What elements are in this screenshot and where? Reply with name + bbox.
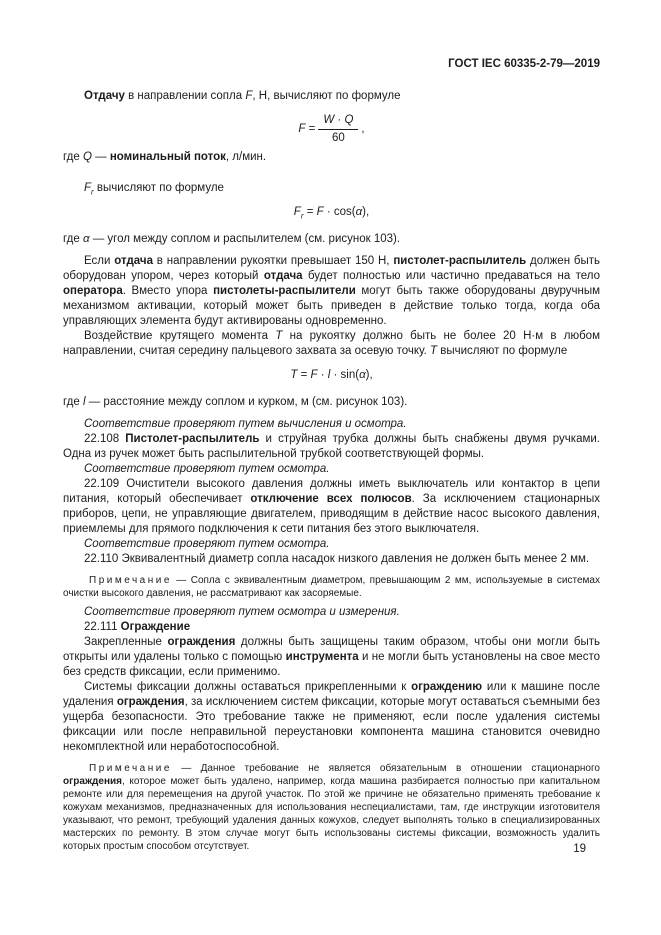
paragraph: Воздействие крутящего момента T на рукоя… [63,329,600,359]
text-run: Пистолет-распылитель [125,433,259,445]
text-run: — [92,151,110,163]
text-run: в направлении рукоятки превышает 150 Н, [153,255,393,267]
paragraph: Системы фиксации должны оставаться прикр… [63,680,600,755]
note-label: Примечание [89,763,172,774]
paragraph: 22.109 Очистители высокого давления долж… [63,477,600,537]
text-run: = [297,369,310,381]
text-run: . Вместо упора [123,285,213,297]
text-run: отдача [264,270,303,282]
text-run: 22.111 [84,621,121,633]
text-run: · sin( [330,369,359,381]
text-run: ограждению [411,681,482,693]
compliance-clause: Соответствие проверяют путем осмотра и и… [63,605,600,620]
text-run: где [63,233,83,245]
text-run: Q [83,151,92,163]
fraction: W · Q60 [318,113,358,146]
text-run: = [304,206,317,218]
text-run: где [63,396,83,408]
text-run: , л/мин. [226,151,266,163]
text-run: 22.110 Эквивалентный диаметр сопла насад… [84,553,589,565]
formula: F = W · Q60, [63,113,600,146]
text-run: = [305,123,315,135]
text-run: — Данное требование не является обязател… [172,763,600,774]
text-run: инструмента [286,651,359,663]
text-run: Ограждение [121,621,190,633]
text-run: оператора [63,285,123,297]
text-run: отключение всех полюсов [250,493,411,505]
paragraph: Если отдача в направлении рукоятки превы… [63,254,600,329]
text-run: отдача [114,255,153,267]
text-run: вычисляют по формуле [94,182,224,194]
paragraph: где l — расстояние между соплом и курком… [63,395,600,410]
text-run: где [63,151,83,163]
text-run: номинальный поток [110,151,226,163]
text-run: пистолеты-распылители [213,285,356,297]
formula: Fr = F · cos(α), [63,205,600,220]
text-run: Воздействие крутящего момента [84,330,275,342]
paragraph: 22.110 Эквивалентный диаметр сопла насад… [63,552,600,567]
text-run: Соответствие проверяют путем осмотра. [84,463,329,475]
paragraph: Fr вычисляют по формуле [63,181,600,196]
paragraph: 22.111 Ограждение [63,620,600,635]
text-run: · [334,114,344,126]
text-run: · [318,369,328,381]
text-run: ), [366,369,373,381]
text-run: Системы фиксации должны оставаться прикр… [84,681,411,693]
text-run: 22.108 [84,433,125,445]
text-run: F [310,369,317,381]
text-run: — угол между соплом и распылителем (см. … [90,233,401,245]
compliance-clause: Соответствие проверяют путем осмотра. [63,462,600,477]
text-run: в направлении сопла [125,90,245,102]
text-run: , Н, вычисляют по формуле [252,90,400,102]
paragraph: Закрепленные ограждения должны быть защи… [63,635,600,680]
text-run: — расстояние между соплом и курком, м (с… [86,396,408,408]
text-run: F [294,206,301,218]
text-run: пистолет-распылитель [393,255,526,267]
text-run: вычисляют по формуле [437,345,567,357]
note-label: Примечание [89,575,172,586]
text-run: Q [344,114,353,126]
page-number: 19 [63,843,586,855]
text-run: F [317,206,324,218]
compliance-clause: Соответствие проверяют путем осмотра. [63,537,600,552]
paragraph: 22.108 Пистолет-распылитель и струйная т… [63,432,600,462]
text-run: Соответствие проверяют путем осмотра и и… [84,606,400,618]
paragraph: где α — угол между соплом и распылителем… [63,232,600,247]
text-run: ограждения [167,636,235,648]
text-run: , [361,122,364,137]
compliance-clause: Соответствие проверяют путем вычисления … [63,417,600,432]
document-page: ГОСТ IEC 60335-2-79—2019 Отдачу в направ… [0,0,661,935]
text-run: ограждения [117,696,185,708]
text-run: будет полностью или частично предаваться… [303,270,600,282]
text-run: , которое может быть удалено, например, … [63,776,600,852]
text-run: W [323,114,334,126]
text-run: ограждения [63,776,122,787]
text-run: Закрепленные [84,636,167,648]
note: Примечание — Сопла с эквивалентным диаме… [63,574,600,600]
formula: T = F · l · sin(α), [63,368,600,383]
text-run: T [430,345,437,357]
paragraph: где Q — номинальный поток, л/мин. [63,150,600,165]
standard-code-header: ГОСТ IEC 60335-2-79—2019 [63,57,600,71]
text-run: ), [362,206,369,218]
text-run: Соответствие проверяют путем осмотра. [84,538,329,550]
note: Примечание — Данное требование не являет… [63,762,600,853]
text-run: · cos( [324,206,356,218]
document-body: Отдачу в направлении сопла F, Н, вычисля… [63,89,600,858]
text-run: F [84,182,91,194]
text-run: Соответствие проверяют путем вычисления … [84,418,407,430]
text-run: Отдачу [84,90,125,102]
text-run: 60 [332,132,345,144]
text-run: Если [84,255,114,267]
paragraph: Отдачу в направлении сопла F, Н, вычисля… [63,89,600,104]
